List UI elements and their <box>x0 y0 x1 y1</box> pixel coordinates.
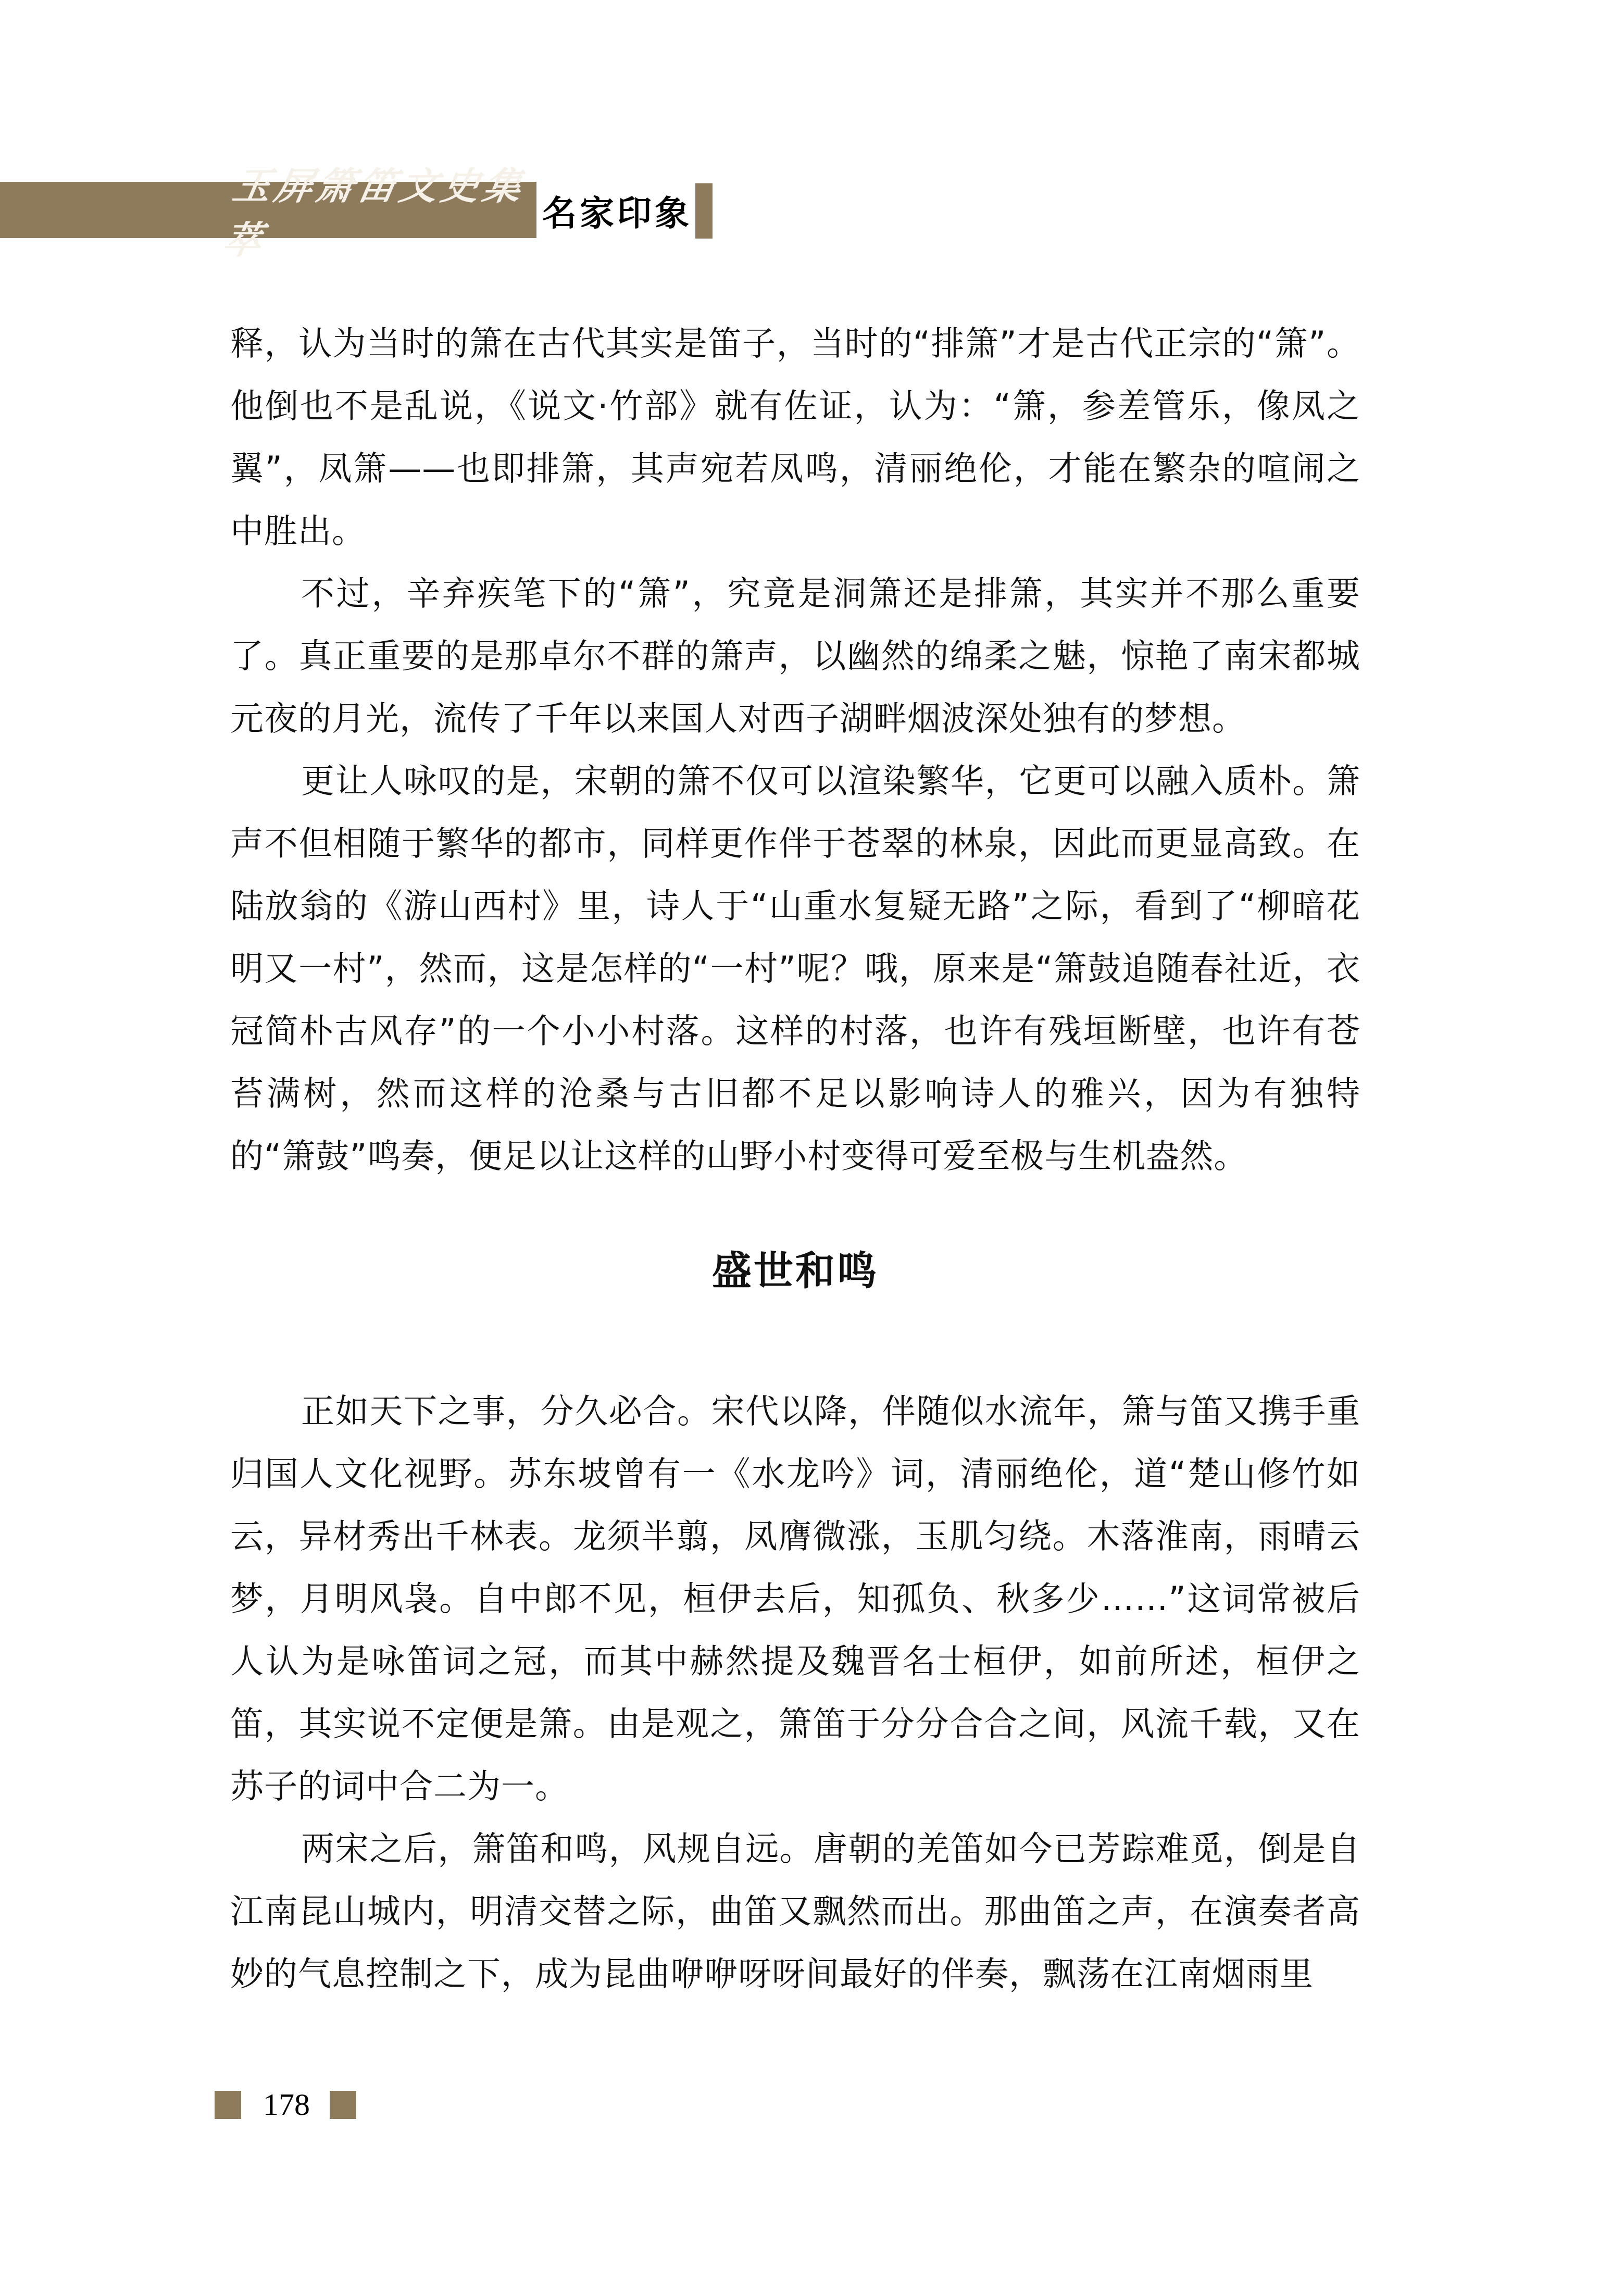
page-content: 释，认为当时的箫在古代其实是笛子，当时的“排箫”才是古代正宗的“箫”。他倒也不是… <box>230 313 1360 2005</box>
header-end-bar <box>695 183 713 239</box>
paragraph: 更让人咏叹的是，宋朝的箫不仅可以渲染繁华，它更可以融入质朴。箫声不但相随于繁华的… <box>230 750 1360 1188</box>
footer-square-left <box>215 2091 241 2119</box>
paragraph: 不过，辛弃疾笔下的“箫”，究竟是洞箫还是排箫，其实并不那么重要了。真正重要的是那… <box>230 563 1360 750</box>
paragraph-continuation: 释，认为当时的箫在古代其实是笛子，当时的“排箫”才是古代正宗的“箫”。他倒也不是… <box>230 313 1360 563</box>
footer-square-right <box>330 2091 356 2119</box>
paragraph: 正如天下之事，分久必合。宋代以降，伴随似水流年，箫与笛又携手重归国人文化视野。苏… <box>230 1380 1360 1818</box>
page-number: 178 <box>263 2087 310 2123</box>
section-label: 名家印象 <box>542 182 693 238</box>
paragraph: 两宋之后，箫笛和鸣，风规自远。唐朝的羌笛如今已芳踪难觅，倒是自江南昆山城内，明清… <box>230 1818 1360 2005</box>
section-heading: 盛世和鸣 <box>230 1240 1360 1302</box>
page-footer: 178 <box>215 2087 356 2123</box>
series-title: 玉屏箫笛文史集萃 <box>224 182 526 238</box>
